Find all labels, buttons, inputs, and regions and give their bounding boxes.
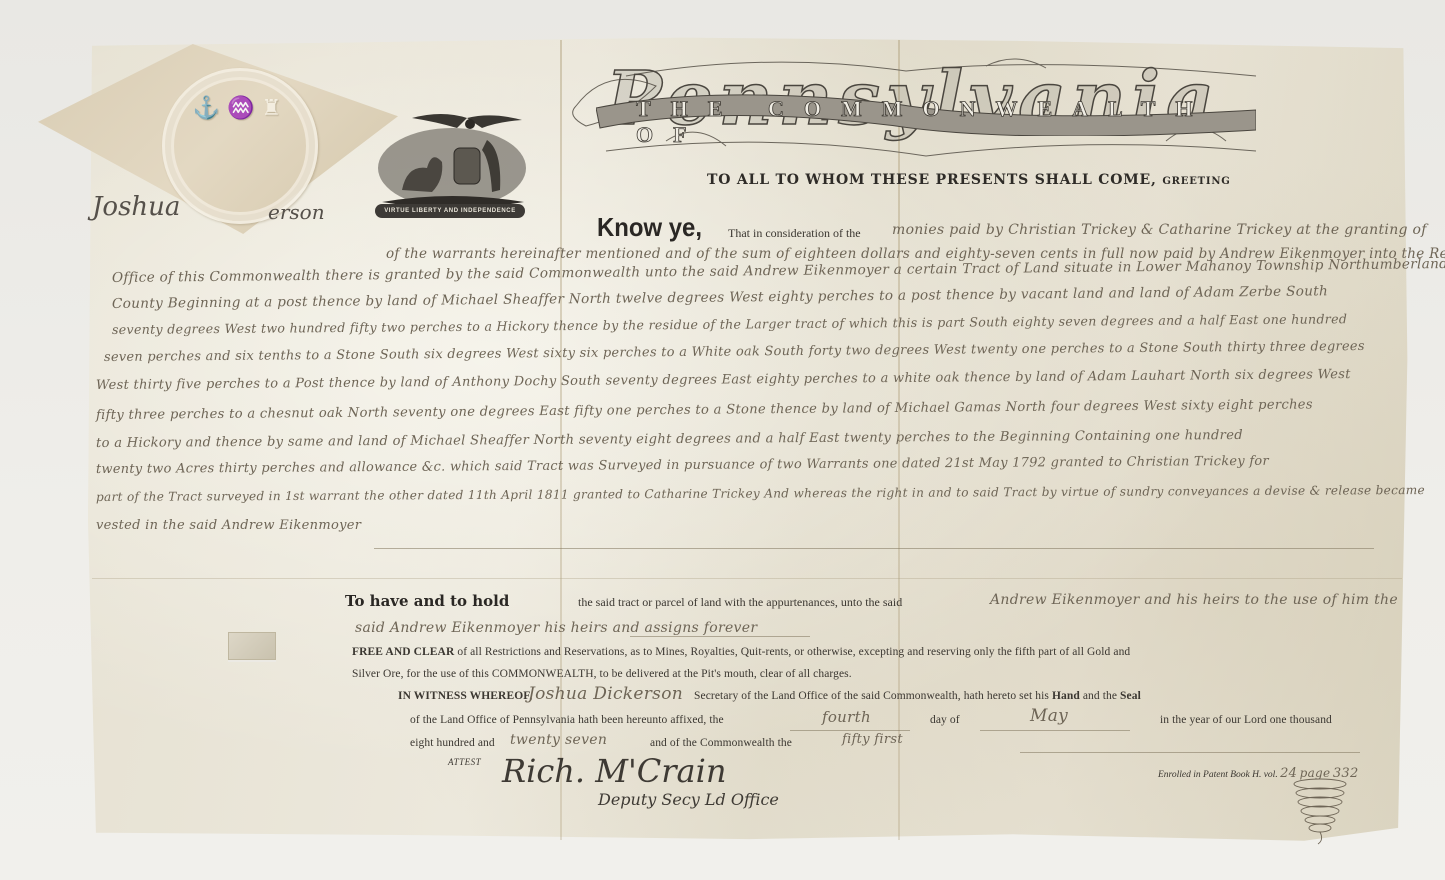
paraph-flourish-icon: [1290, 776, 1350, 846]
secretary-signature: Joshua Dickerson: [528, 684, 683, 704]
habendum-printed: the said tract or parcel of land with th…: [578, 595, 902, 610]
handwritten-line: monies paid by Christian Trickey & Catha…: [892, 222, 1427, 238]
know-ye-heading: Know ye,: [597, 212, 702, 243]
signature-fragment: erson: [268, 200, 325, 224]
document-title: Pennsylvania THE COMMONWEALTH OF: [566, 46, 1266, 166]
fill-line: [1020, 752, 1360, 753]
fill-line: [790, 730, 910, 731]
free-and-clear-line: FREE AND CLEAR of all Restrictions and R…: [352, 646, 1130, 658]
witness-line-3b: and of the Commonwealth the: [650, 737, 792, 749]
attest-label: ATTEST: [448, 757, 481, 767]
witness-line-2b: in the year of our Lord one thousand: [1160, 714, 1332, 726]
attest-signature: Rich. M'Crain: [502, 752, 726, 790]
habendum-handwritten: said Andrew Eikenmoyer his heirs and ass…: [355, 620, 757, 636]
paper-stub: [228, 632, 276, 660]
greeting-line: TO ALL TO WHOM THESE PRESENTS SHALL COME…: [707, 172, 1231, 188]
fill-line: [374, 548, 1374, 549]
signature-fragment: Joshua: [92, 192, 180, 222]
seal-word: Seal: [1120, 690, 1141, 702]
witness-line-3a: eight hundred and: [410, 737, 495, 749]
habendum-heading: To have and to hold: [345, 592, 509, 610]
month-handwritten: May: [1030, 706, 1068, 726]
fill-line: [630, 636, 810, 637]
free-and-clear-line-2: Silver Ore, for the use of this COMMONWE…: [352, 668, 852, 680]
seal-emblem-icon: ⚓ ♒ ♜: [189, 93, 285, 193]
day-handwritten: fourth: [822, 708, 871, 726]
attest-title: Deputy Secy Ld Office: [598, 790, 779, 809]
fold-crease: [92, 578, 1402, 579]
witness-line-1: Secretary of the Land Office of the said…: [694, 690, 1141, 702]
year-handwritten: twenty seven: [510, 732, 607, 748]
witness-text: and the: [1083, 690, 1117, 702]
enrollment-printed: Enrolled in Patent Book H. vol.: [1158, 770, 1278, 780]
commonwealth-year-handwritten: fifty first: [842, 732, 903, 747]
witness-text: Secretary of the Land Office of the said…: [694, 690, 1049, 702]
habendum-handwritten: Andrew Eikenmoyer and his heirs to the u…: [990, 592, 1398, 608]
fill-line: [980, 730, 1130, 731]
day-of-label: day of: [930, 714, 960, 726]
greeting-text: TO ALL TO WHOM THESE PRESENTS SHALL COME…: [707, 172, 1157, 188]
arms-motto-ribbon: VIRTUE LIBERTY AND INDEPENDENCE: [375, 204, 525, 218]
greeting-suffix: GREETING: [1162, 176, 1230, 187]
handwritten-line: vested in the said Andrew Eikenmoyer: [96, 518, 361, 533]
free-and-clear-text: of all Restrictions and Reservations, as…: [457, 646, 1130, 658]
witness-heading: IN WITNESS WHEREOF,: [398, 690, 532, 702]
ribbon-text: THE COMMONWEALTH OF: [636, 96, 1266, 148]
free-and-clear-heading: FREE AND CLEAR: [352, 646, 454, 658]
printed-intro: That in consideration of the: [728, 226, 861, 241]
witness-line-2a: of the Land Office of Pennsylvania hath …: [410, 714, 724, 726]
hand-word: Hand: [1052, 690, 1080, 702]
